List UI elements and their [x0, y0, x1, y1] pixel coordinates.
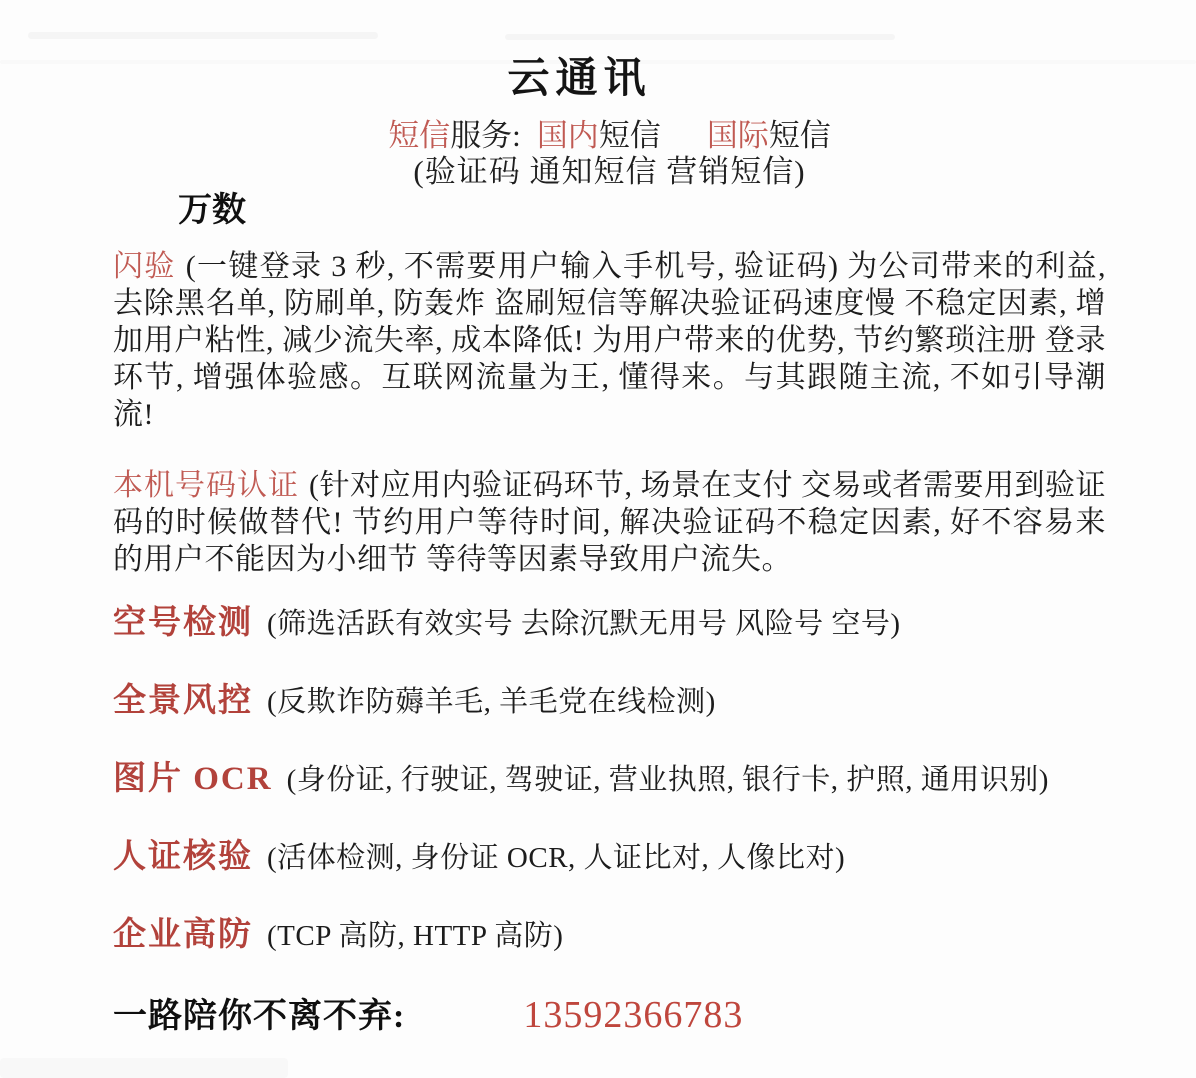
service-desc: (反欺诈防薅羊毛, 羊毛党在线检测): [267, 686, 716, 718]
phone-number: 13592366783: [523, 994, 743, 1036]
paragraph-flash-verify: 闪验(一键登录 3 秒, 不需要用户输入手机号, 验证码) 为公司带来的利益, …: [113, 248, 1106, 433]
service-row-panorama-risk: 全景风控(反欺诈防薅羊毛, 羊毛党在线检测): [113, 680, 1106, 728]
service-row-empty-number-detect: 空号检测(筛选活跃有效实号 去除沉默无用号 风险号 空号): [113, 602, 1106, 650]
service-desc: (TCP 高防, HTTP 高防): [267, 920, 563, 952]
document-sheet: 云通讯 短信服务:国内短信国际短信 (验证码 通知短信 营销短信) 万数 闪验(…: [0, 0, 1196, 1078]
sms-label: 短信: [388, 118, 450, 153]
service-name: 企业高防: [113, 917, 253, 953]
service-name: 空号检测: [113, 605, 253, 641]
service-name: 全景风控: [113, 683, 253, 719]
service-desc: (筛选活跃有效实号 去除沉默无用号 风险号 空号): [267, 608, 901, 640]
number-auth-label: 本机号码认证: [113, 469, 299, 502]
service-name: 图片 OCR: [113, 761, 273, 797]
service-row-image-ocr: 图片 OCR(身份证, 行驶证, 驾驶证, 营业执照, 银行卡, 护照, 通用识…: [113, 758, 1106, 806]
footer-line: 一路陪你不离不弃:13592366783: [113, 992, 1106, 1046]
service-desc: (身份证, 行驶证, 驾驶证, 营业执照, 银行卡, 护照, 通用识别): [287, 764, 1049, 796]
service-word: 服务:: [450, 118, 521, 153]
sms-types-line: (验证码 通知短信 营销短信): [113, 154, 1106, 190]
service-name: 人证核验: [113, 839, 253, 875]
slogan-text: 一路陪你不离不弃:: [113, 998, 405, 1035]
flash-verify-label: 闪验: [113, 250, 176, 283]
international-sms-word: 短信: [769, 118, 831, 153]
service-desc: (活体检测, 身份证 OCR, 人证比对, 人像比对): [267, 842, 845, 874]
page-title: 云通讯: [113, 54, 1106, 104]
domestic-label: 国内: [537, 118, 599, 153]
service-row-identity-verify: 人证核验(活体检测, 身份证 OCR, 人证比对, 人像比对): [113, 836, 1106, 884]
paragraph-number-auth: 本机号码认证(针对应用内验证码环节, 场景在支付 交易或者需要用到验证码的时候做…: [113, 467, 1106, 578]
domestic-sms-word: 短信: [599, 118, 661, 153]
sms-service-line: 短信服务:国内短信国际短信: [113, 118, 1106, 154]
service-list: 空号检测(筛选活跃有效实号 去除沉默无用号 风险号 空号) 全景风控(反欺诈防薅…: [113, 602, 1106, 962]
document-header: 云通讯 短信服务:国内短信国际短信 (验证码 通知短信 营销短信): [113, 54, 1106, 190]
flash-verify-text: (一键登录 3 秒, 不需要用户输入手机号, 验证码) 为公司带来的利益, 去除…: [113, 250, 1106, 431]
service-row-enterprise-defense: 企业高防(TCP 高防, HTTP 高防): [113, 914, 1106, 962]
document-page: { "page": { "background_color": "#fdfdfd…: [0, 0, 1196, 1078]
international-label: 国际: [707, 118, 769, 153]
brand-name: 万数: [178, 190, 1106, 232]
